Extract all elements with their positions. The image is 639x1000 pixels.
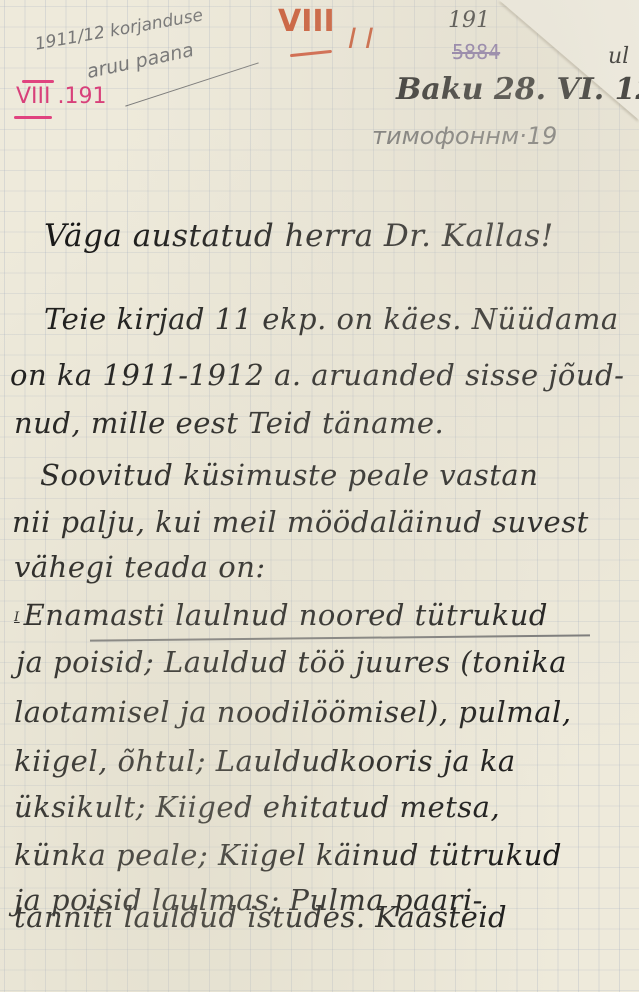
red-mark-extra: I I: [344, 22, 376, 55]
pencil-underline-enamasti: [90, 634, 590, 641]
letter-line-11: üksikult; Kiiged ehitatud metsa,: [14, 790, 500, 824]
pink-bar-bottom: [14, 116, 52, 119]
pencil-note-line2: aruu paana: [85, 39, 196, 83]
letter-line-3: nud, mille eest Teid täname.: [14, 406, 444, 440]
letter-line-10: kiigel, õhtul; Lauldudkooris ja ka: [14, 744, 516, 778]
letter-line-2: on ka 1911-1912 a. aruanded sisse jõud-: [10, 358, 624, 392]
letter-line-4: Soovitud küsimuste peale vastan: [40, 458, 538, 492]
letter-line-6: vähegi teada on:: [14, 550, 266, 584]
corner-fragment: ul: [608, 44, 629, 69]
letter-line-5: nii palju, kui meil möödaläinud suvest: [12, 505, 589, 539]
letter-line-9: laotamisel ja noodilöömisel), pulmal,: [14, 695, 572, 729]
archive-stamp: 5884: [452, 40, 500, 64]
red-bar: [290, 50, 332, 57]
letter-line-8: ja poisid; Lauldud töö juures (tonika: [16, 645, 567, 679]
letter-line-12: künka peale; Kiigel käinud tütrukud: [14, 838, 562, 872]
letter-line-7: IEnamasti laulnud noored tütrukud: [14, 598, 548, 632]
red-archive-mark: VIII: [278, 4, 335, 39]
pink-bar-top: [22, 80, 54, 83]
sub-line: тимофоннм·19: [372, 122, 557, 150]
letter-line-1: Teie kirjad 11 ekp. on käes. Nüüdama: [44, 302, 619, 336]
list-marker: I: [14, 610, 20, 625]
salutation: Väga austatud herra Dr. Kallas!: [44, 218, 554, 254]
closing-line: tanniti lauldud istudes. Kaasteid: [14, 900, 507, 934]
archive-number: 191: [448, 8, 490, 33]
place-date: Baku 28. VI. 12: [396, 72, 639, 107]
letter-page: 1911/12 korjanduse aruu paana VIII .191 …: [0, 0, 639, 992]
pink-archive-mark: VIII .191: [16, 84, 107, 109]
